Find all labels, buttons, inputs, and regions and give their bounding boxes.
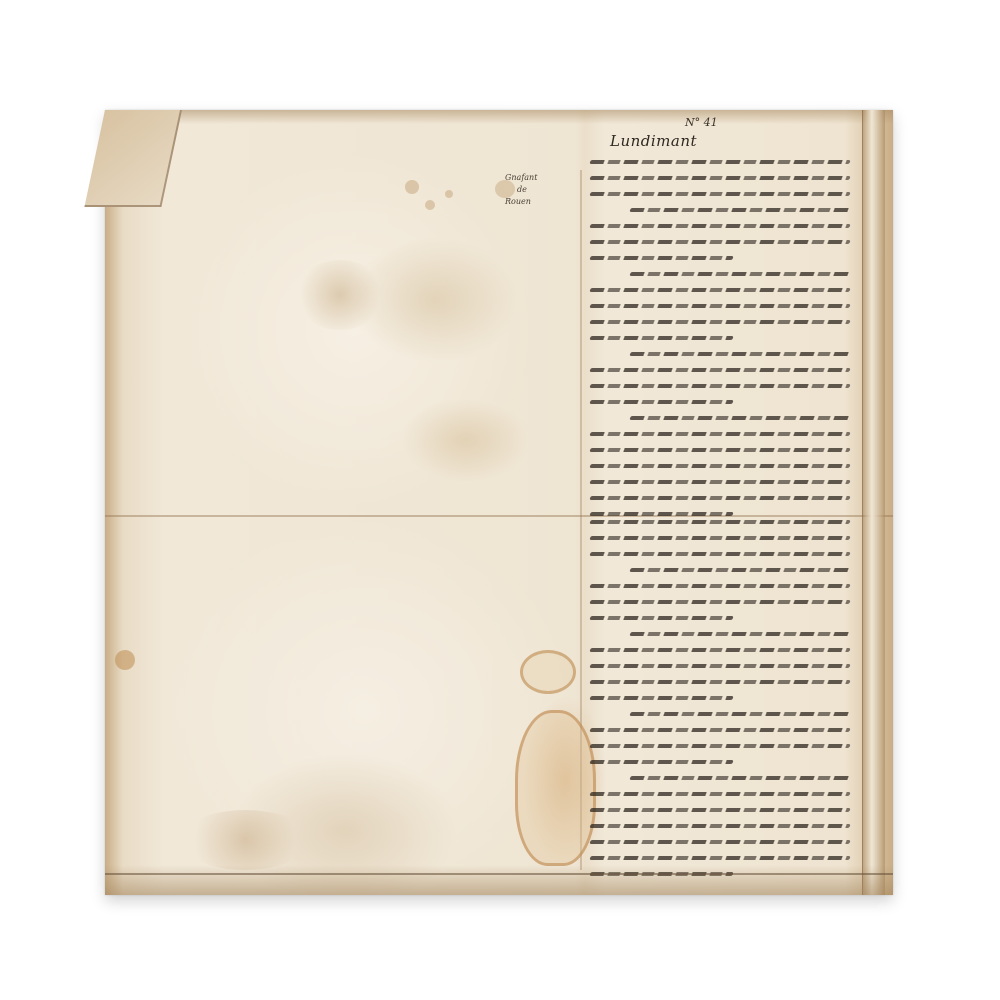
script-line — [629, 776, 850, 780]
script-line — [589, 384, 850, 388]
script-line — [589, 648, 850, 652]
script-line — [629, 352, 850, 356]
script-line — [589, 336, 733, 340]
script-line — [589, 824, 850, 828]
script-line — [589, 400, 733, 404]
script-line — [589, 664, 850, 668]
script-line — [629, 568, 850, 572]
handwritten-text-block-upper — [590, 160, 850, 528]
script-line — [589, 496, 850, 500]
script-line — [589, 536, 850, 540]
coffee-stain — [515, 710, 596, 866]
script-line — [629, 208, 850, 212]
manuscript-heading: Lundimant — [610, 132, 697, 150]
coffee-stain — [520, 650, 576, 694]
handwritten-text-block-lower — [590, 520, 850, 888]
script-line — [589, 304, 850, 308]
script-line — [589, 760, 733, 764]
script-line — [589, 680, 850, 684]
script-line — [589, 480, 850, 484]
coffee-stain — [445, 190, 453, 198]
script-line — [589, 792, 850, 796]
script-line — [589, 696, 733, 700]
script-line — [629, 272, 850, 276]
torn-corner-piece — [84, 110, 182, 207]
script-line — [589, 584, 850, 588]
script-line — [589, 744, 850, 748]
coffee-stain — [115, 650, 135, 670]
script-line — [589, 840, 850, 844]
script-line — [589, 160, 850, 164]
script-line — [589, 288, 850, 292]
script-line — [589, 520, 850, 524]
aged-paper-sheet: N° 41 Lundimant Gnafant de Rouen — [105, 110, 893, 895]
coffee-stain — [180, 810, 310, 870]
script-line — [589, 552, 850, 556]
script-line — [589, 808, 850, 812]
coffee-stain — [425, 200, 435, 210]
script-line — [589, 464, 850, 468]
script-line — [589, 600, 850, 604]
margin-note-line: Gnafant — [505, 172, 537, 184]
margin-note-line: de — [505, 184, 537, 196]
margin-note-line: Rouen — [505, 196, 537, 208]
margin-note: Gnafant de Rouen — [505, 172, 537, 208]
script-line — [589, 728, 850, 732]
script-line — [589, 176, 850, 180]
torn-right-edge-strip — [862, 110, 885, 895]
script-line — [589, 512, 733, 516]
script-line — [629, 712, 850, 716]
paper-bottom-edge — [105, 865, 893, 895]
script-line — [589, 256, 733, 260]
coffee-stain — [295, 260, 385, 330]
paper-top-edge — [105, 110, 893, 124]
script-line — [589, 240, 850, 244]
script-line — [589, 432, 850, 436]
script-line — [589, 192, 850, 196]
script-line — [589, 368, 850, 372]
script-line — [629, 632, 850, 636]
script-line — [589, 224, 850, 228]
script-line — [589, 448, 850, 452]
script-line — [589, 616, 733, 620]
script-line — [589, 856, 850, 860]
script-line — [589, 320, 850, 324]
coffee-stain — [405, 180, 419, 194]
page-number: N° 41 — [685, 116, 718, 129]
script-line — [629, 416, 850, 420]
